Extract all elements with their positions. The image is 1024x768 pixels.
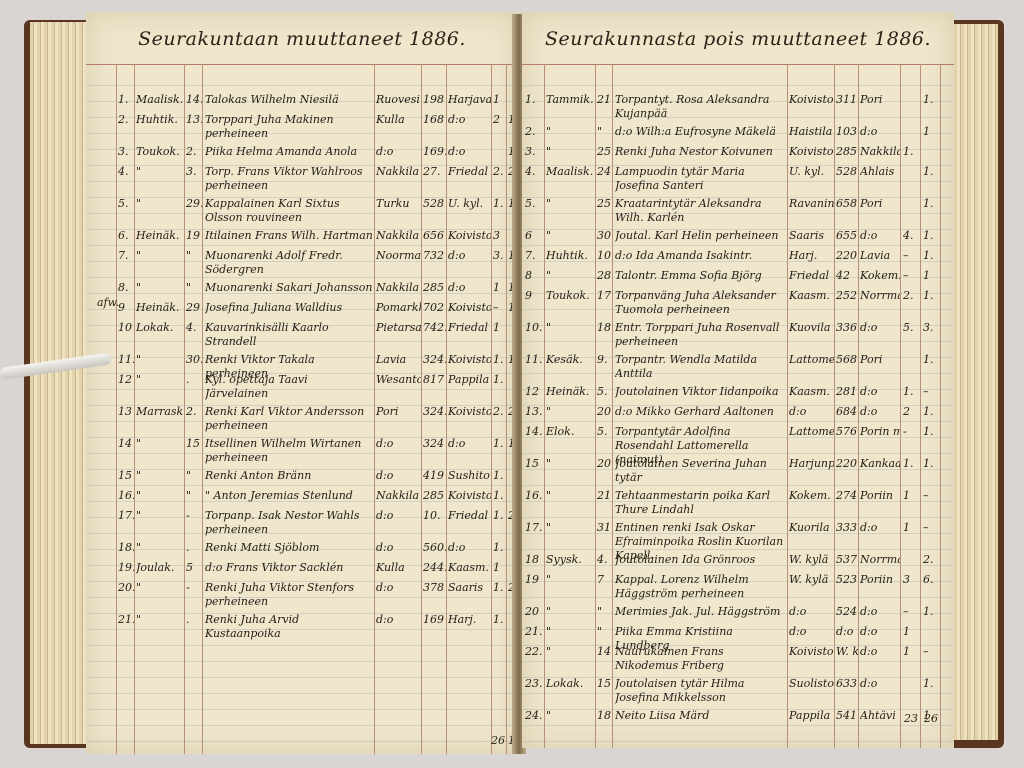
destination: Poriin [860,573,900,586]
reference-number: 541 [836,709,858,722]
person-name: Torpanp. Isak Nestor Wahls perheineen [205,509,373,537]
from-village: Haistila [789,125,834,138]
entry-number: 7. [118,249,134,262]
person-name: " Anton Jeremias Stenlund [205,489,373,503]
month: " [546,521,595,534]
count-1: – [903,269,920,282]
reference-number: 10. [423,509,446,522]
person-name: Kappalainen Karl Sixtus Olsson rouvineen [205,197,373,225]
month: " [546,605,595,618]
register-row: 16.""" Anton Jeremias StenlundNakkila285… [86,486,518,506]
person-name: Renki Matti Sjöblom [205,541,373,555]
count-2: 1. [923,93,940,106]
count-2: 1. [923,605,940,618]
count-2: 1. [923,197,940,210]
count-1: – [903,249,920,262]
entry-number: 6 [525,229,544,242]
reference-number: 333. [836,521,858,534]
entry-number: 17. [118,509,134,522]
register-row: 15"20Joutolainen Severina Juhan tytärHar… [522,454,954,486]
entry-number: 13 [118,405,134,418]
month: " [546,489,595,502]
month: Heinäk. [136,301,184,314]
page-edges-right [950,24,998,740]
from-place: Nakkila [376,229,421,242]
entry-number: 12 [525,385,544,398]
entry-number: 23. [525,677,544,690]
count-1: 1. [493,469,506,482]
month: Joulak. [136,561,184,574]
left-page: Seurakuntaan muuttaneet 1886. 1.Maalisk.… [86,12,518,754]
register-row: 21.""Piika Emma Kristiina Lundbergd:od:o… [522,622,954,642]
from-village: W. kylä [789,553,834,566]
count-1: 1 [903,645,920,658]
from-place: Pietarsaari [376,321,421,334]
reference-number: 817 [423,373,446,386]
person-name: Joutolainen Ida Grönroos [615,553,786,567]
destination: d:o [860,677,900,690]
reference-number: 568 [836,353,858,366]
count-2: 3. [923,321,940,334]
right-page: Seurakunnasta pois muuttaneet 1886. 1.Ta… [522,12,954,748]
day: 14. [597,645,612,658]
day: 30. [186,353,202,366]
reference-number: 285 [423,281,446,294]
month: " [136,489,184,502]
month: " [136,613,184,626]
entry-number: 24. [525,709,544,722]
village: d:o [448,281,491,294]
from-place: d:o [376,581,421,594]
month: " [546,229,595,242]
register-row: 2.""d:o Wilh:a Eufrosyne MäkeläHaistila1… [522,122,954,142]
person-name: Entr. Torppari Juha Rosenvall perheineen [615,321,786,349]
entry-number: 18 [525,553,544,566]
person-name: Itilainen Frans Wilh. Hartman [205,229,373,243]
person-name: Renki Juha Arvid Kustaanpoika [205,613,373,641]
page-edges-left [30,22,90,744]
month: " [546,145,595,158]
entry-number: 15 [525,457,544,470]
destination: Norrmark [860,289,900,302]
month: " [136,469,184,482]
day: 7 [597,573,612,586]
count-1: 1. [493,509,506,522]
month: " [546,125,595,138]
month: " [136,581,184,594]
reference-number: 285 [423,489,446,502]
month: Lokak. [546,677,595,690]
count-1: 1. [493,541,506,554]
right-page-title: Seurakunnasta pois muuttaneet 1886. [522,28,954,50]
count-1: 1 [493,321,506,334]
person-name: d:o Frans Viktor Sacklén [205,561,373,575]
from-village: Lattomeri [789,353,834,366]
entry-number: 5. [525,197,544,210]
destination: Ahtävi [860,709,900,722]
village: d:o [448,437,491,450]
person-name: Lampuodin tytär Maria Josefina Santeri [615,165,786,193]
reference-number: 42 [836,269,858,282]
count-2: 1. [923,405,940,418]
register-row: 10."18.Entr. Torppari Juha Rosenvall per… [522,318,954,350]
right-total-1: 23 [904,712,918,725]
entry-number: 17. [525,521,544,534]
from-place: Kulla [376,113,421,126]
village: d:o [448,113,491,126]
entry-number: 20 [525,605,544,618]
person-name: d:o Ida Amanda Isakintr. [615,249,786,263]
entry-number: 19 [525,573,544,586]
count-1: 1. [903,457,920,470]
entry-number: 16. [118,489,134,502]
entry-number: 2. [118,113,134,126]
from-village: Kaasm. [789,385,834,398]
village: Kaasm. [448,561,491,574]
day: 29 [186,301,202,314]
person-name: Tehtaanmestarin poika Karl Thure Lindahl [615,489,786,517]
count-1: 3. [493,249,506,262]
count-1: 1. [903,385,920,398]
day: " [186,249,202,262]
entry-number: 10 [118,321,134,334]
month: " [136,541,184,554]
count-2: 1. [923,165,940,178]
register-row: 3."25.Renki Juha Nestor KoivunenKoivisto… [522,142,954,162]
entry-number: 22. [525,645,544,658]
count-1: 1. [493,353,506,366]
month: Maalisk. [546,165,595,178]
entry-number: 5. [118,197,134,210]
day: . [186,613,202,626]
day: 21. [597,489,612,502]
from-village: U. kyl. [789,165,834,178]
reference-number: 684. [836,405,858,418]
entry-number: 8 [525,269,544,282]
register-row: 6.Heinäk.19Itilainen Frans Wilh. Hartman… [86,226,518,246]
from-place: Nakkila [376,489,421,502]
register-row: 13Marrask.2.Renki Karl Viktor Andersson … [86,402,518,434]
reference-number: 656 [423,229,446,242]
count-2: 1. [923,289,940,302]
destination: Pori [860,93,900,106]
from-place: Pomarkku [376,301,421,314]
from-village: W. kylä [789,573,834,586]
count-1: 3 [903,573,920,586]
reference-number: 198 [423,93,446,106]
month: " [546,197,595,210]
register-row: 18Syysk.4.Joutolainen Ida GrönroosW. kyl… [522,550,954,570]
count-1: 1 [903,521,920,534]
person-name: Neito Liisa Märd [615,709,786,723]
register-row: 18.".Renki Matti Sjöblomd:o560.d:o1. [86,538,518,558]
entry-number: 10. [525,321,544,334]
day: 14. [186,93,202,106]
from-place: Lavia [376,353,421,366]
month: Elok. [546,425,595,438]
entry-number: 18. [118,541,134,554]
reference-number: 419 [423,469,446,482]
from-village: Friedal [789,269,834,282]
day: 24. [597,165,612,178]
destination: d:o [860,321,900,334]
village: Sushito [448,469,491,482]
destination: d:o [860,125,900,138]
reference-number: d:o [836,625,858,638]
count-2: 1. [923,677,940,690]
destination: Kokem. [860,269,900,282]
count-1: 1 [903,489,920,502]
reference-number: 285 [836,145,858,158]
reference-number: 732 [423,249,446,262]
entry-number: 21. [525,625,544,638]
reference-number: 252 [836,289,858,302]
reference-number: 281. [836,385,858,398]
register-row: 10Lokak.4.Kauvarinkisälli Kaarlo Strande… [86,318,518,350]
count-1: 2. [493,165,506,178]
destination: Porin maal. [860,425,900,438]
entry-number: 4. [118,165,134,178]
header-rule [86,64,518,65]
day: " [597,625,612,638]
month: " [546,709,595,722]
margin-annotation: afw. [97,296,119,309]
month: " [546,405,595,418]
from-place: d:o [376,541,421,554]
reference-number: 528 [836,165,858,178]
day: 3. [186,165,202,178]
from-village: d:o [789,405,834,418]
village: Pappila [448,373,491,386]
person-name: Piika Helma Amanda Anola [205,145,373,159]
count-2: 1. [923,249,940,262]
entry-number: 3. [525,145,544,158]
left-page-title: Seurakuntaan muuttaneet 1886. [86,28,518,50]
month: " [546,573,595,586]
count-1: - [903,425,920,438]
village: Koivisto [448,405,491,418]
reference-number: 378 [423,581,446,594]
from-place: d:o [376,509,421,522]
from-village: Harjunp. [789,457,834,470]
day: - [186,509,202,522]
reference-number: 324 [423,437,446,450]
person-name: Joutolainen Severina Juhan tytär [615,457,786,485]
entry-number: 20. [118,581,134,594]
reference-number: 523 [836,573,858,586]
reference-number: 655 [836,229,858,242]
from-village: Lattomeri [789,425,834,438]
day: " [597,125,612,138]
from-place: d:o [376,613,421,626]
village: Harj. [448,613,491,626]
register-row: 19.Joulak.5d:o Frans Viktor SacklénKulla… [86,558,518,578]
reference-number: 168 [423,113,446,126]
village: Harjavalta [448,93,491,106]
register-row: 21.".Renki Juha Arvid Kustaanpoikad:o169… [86,610,518,630]
count-1: 3 [493,229,506,242]
person-name: d:o Mikko Gerhard Aaltonen [615,405,786,419]
day: 30 [597,229,612,242]
register-row: 12Heinäk.5.Joutolainen Viktor Iidanpoika… [522,382,954,402]
count-1: 5. [903,321,920,334]
day: " [186,281,202,294]
day: 2. [186,145,202,158]
person-name: Talokas Wilhelm Niesilä [205,93,373,107]
register-row: 23.Lokak.15Joutolaisen tytär Hilma Josef… [522,674,954,706]
month: " [546,269,595,282]
reference-number: 702 [423,301,446,314]
count-1: 1. [493,581,506,594]
day: 28. [597,269,612,282]
day: 17. [597,289,612,302]
entry-number: 13. [525,405,544,418]
day: 5 [186,561,202,574]
destination: d:o [860,229,900,242]
count-1: 1. [903,145,920,158]
day: 10. [597,249,612,262]
month: " [136,281,184,294]
month: Lokak. [136,321,184,334]
register-row: 8"28.Talontr. Emma Sofia BjörgFriedal42K… [522,266,954,286]
day: . [186,541,202,554]
village: d:o [448,249,491,262]
month: " [136,437,184,450]
count-2: 1. [923,353,940,366]
village: Saaris [448,581,491,594]
reference-number: 524 [836,605,858,618]
month: Marrask. [136,405,184,418]
destination: Poriin [860,489,900,502]
village: Friedal [448,321,491,334]
reference-number: 274 [836,489,858,502]
entry-number: 1. [525,93,544,106]
register-row: 7.""Muonarenki Adolf Fredr. SödergrenNoo… [86,246,518,278]
day: 29. [186,197,202,210]
destination: Pori [860,353,900,366]
count-1: 1. [493,437,506,450]
reference-number: 658 [836,197,858,210]
day: 20. [597,405,612,418]
month: " [546,645,595,658]
entry-number: 7. [525,249,544,262]
day: 31. [597,521,612,534]
month: " [136,353,184,366]
register-row: 13."20.d:o Mikko Gerhard Aaltonend:o684.… [522,402,954,422]
count-1: 2. [493,405,506,418]
count-2: 2. [923,553,940,566]
reference-number: 220 [836,457,858,470]
month: " [136,249,184,262]
day: 2. [186,405,202,418]
destination: Kankaanp. [860,457,900,470]
village: Koivisto [448,353,491,366]
person-name: Muonarenki Sakari Johansson [205,281,373,295]
day: 25. [597,145,612,158]
day: 18. [597,321,612,334]
count-1: 1 [493,281,506,294]
month: Kesäk. [546,353,595,366]
entry-number: 12 [118,373,134,386]
person-name: Josefina Juliana Walldius [205,301,373,315]
day: 13. [186,113,202,126]
day: " [186,489,202,502]
from-village: Koivisto [789,93,834,106]
reference-number: 220 [836,249,858,262]
day: " [186,469,202,482]
reference-number: 537 [836,553,858,566]
reference-number: 528 [423,197,446,210]
register-row: 14"15Itsellinen Wilhelm Wirtanen perhein… [86,434,518,466]
day: 4. [597,553,612,566]
month: " [136,197,184,210]
right-register-rows: 1.Tammik.21.Torpantyt. Rosa Aleksandra K… [522,90,954,726]
reference-number: 27. [423,165,446,178]
from-place: Kulla [376,561,421,574]
destination: d:o [860,605,900,618]
day: 5. [597,425,612,438]
person-name: Kappal. Lorenz Wilhelm Häggström perhein… [615,573,786,601]
person-name: Torppari Juha Makinen perheineen [205,113,373,141]
count-2: 1. [923,457,940,470]
from-place: d:o [376,469,421,482]
count-2: 1. [923,425,940,438]
day: 15 [186,437,202,450]
month: Toukok. [546,289,595,302]
register-row: 20""Merimies Jak. Jul. Häggströmd:o524d:… [522,602,954,622]
village: Friedal [448,509,491,522]
destination: Pori [860,197,900,210]
month: " [136,373,184,386]
person-name: Kraatarintytär Aleksandra Wilh. Karlén [615,197,786,225]
entry-number: 9 [525,289,544,302]
day: 5. [597,385,612,398]
from-place: Wesanto [376,373,421,386]
month: " [546,457,595,470]
count-1: 1 [493,93,506,106]
register-row: 22."14.Naurukainen Frans Nikodemus Fribe… [522,642,954,674]
day: 15 [597,677,612,690]
person-name: d:o Wilh:a Eufrosyne Mäkelä [615,125,786,139]
right-total-2: 26 [924,712,938,725]
entry-number: 3. [118,145,134,158]
entry-number: 4. [525,165,544,178]
from-place: d:o [376,145,421,158]
from-place: Nakkila [376,165,421,178]
from-village: Harj. [789,249,834,262]
register-row: 7.Huhtik.10.d:o Ida Amanda Isakintr.Harj… [522,246,954,266]
reference-number: W. kylä [836,645,858,658]
from-place: Ruovesi [376,93,421,106]
count-1: 4. [903,229,920,242]
entry-number: 15 [118,469,134,482]
reference-number: 560. [423,541,446,554]
month: Heinäk. [136,229,184,242]
person-name: Renki Juha Nestor Koivunen [615,145,786,159]
destination: Norrmark [860,553,900,566]
register-row: 5."25.Kraatarintytär Aleksandra Wilh. Ka… [522,194,954,226]
person-name: Kyl. opettaja Taavi Järvelainen [205,373,373,401]
person-name: Joutolaisen tytär Hilma Josefina Mikkels… [615,677,786,705]
day: 19 [186,229,202,242]
day: 20 [597,457,612,470]
from-place: Noormarkku [376,249,421,262]
register-row: 17."31.Entinen renki Isak Oskar Efraimin… [522,518,954,550]
reference-number: 324. [423,353,446,366]
count-2: 1 [923,125,940,138]
month: " [136,165,184,178]
entry-number: 11. [525,353,544,366]
